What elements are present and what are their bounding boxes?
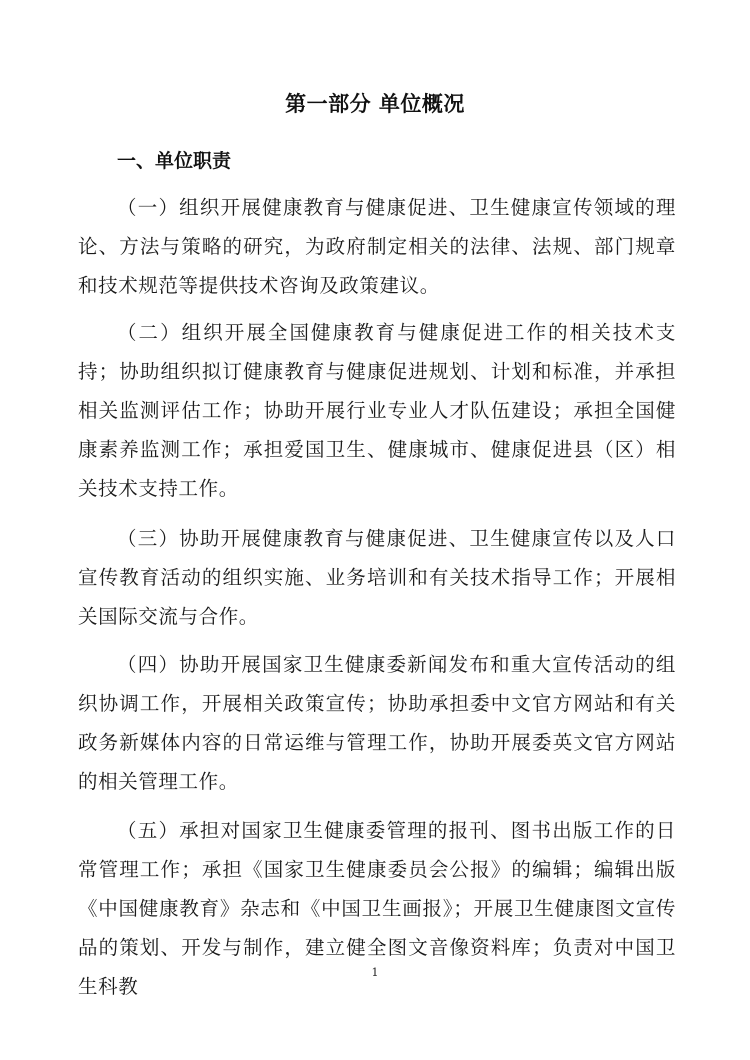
document-page: 第一部分 单位概况 一、单位职责 （一）组织开展健康教育与健康促进、卫生健康宣传… bbox=[0, 0, 750, 1060]
paragraph-1: （一）组织开展健康教育与健康促进、卫生健康宣传领域的理论、方法与策略的研究，为政… bbox=[78, 188, 676, 305]
paragraph-2: （二）组织开展全国健康教育与健康促进工作的相关技术支持；协助组织拟订健康教育与健… bbox=[78, 313, 676, 508]
page-title: 第一部分 单位概况 bbox=[0, 88, 750, 118]
paragraph-4: （四）协助开展国家卫生健康委新闻发布和重大宣传活动的组织协调工作，开展相关政策宣… bbox=[78, 645, 676, 801]
section-heading: 一、单位职责 bbox=[117, 146, 231, 173]
page-number: 1 bbox=[0, 966, 750, 979]
paragraph-3: （三）协助开展健康教育与健康促进、卫生健康宣传以及人口宣传教育活动的组织实施、业… bbox=[78, 519, 676, 636]
